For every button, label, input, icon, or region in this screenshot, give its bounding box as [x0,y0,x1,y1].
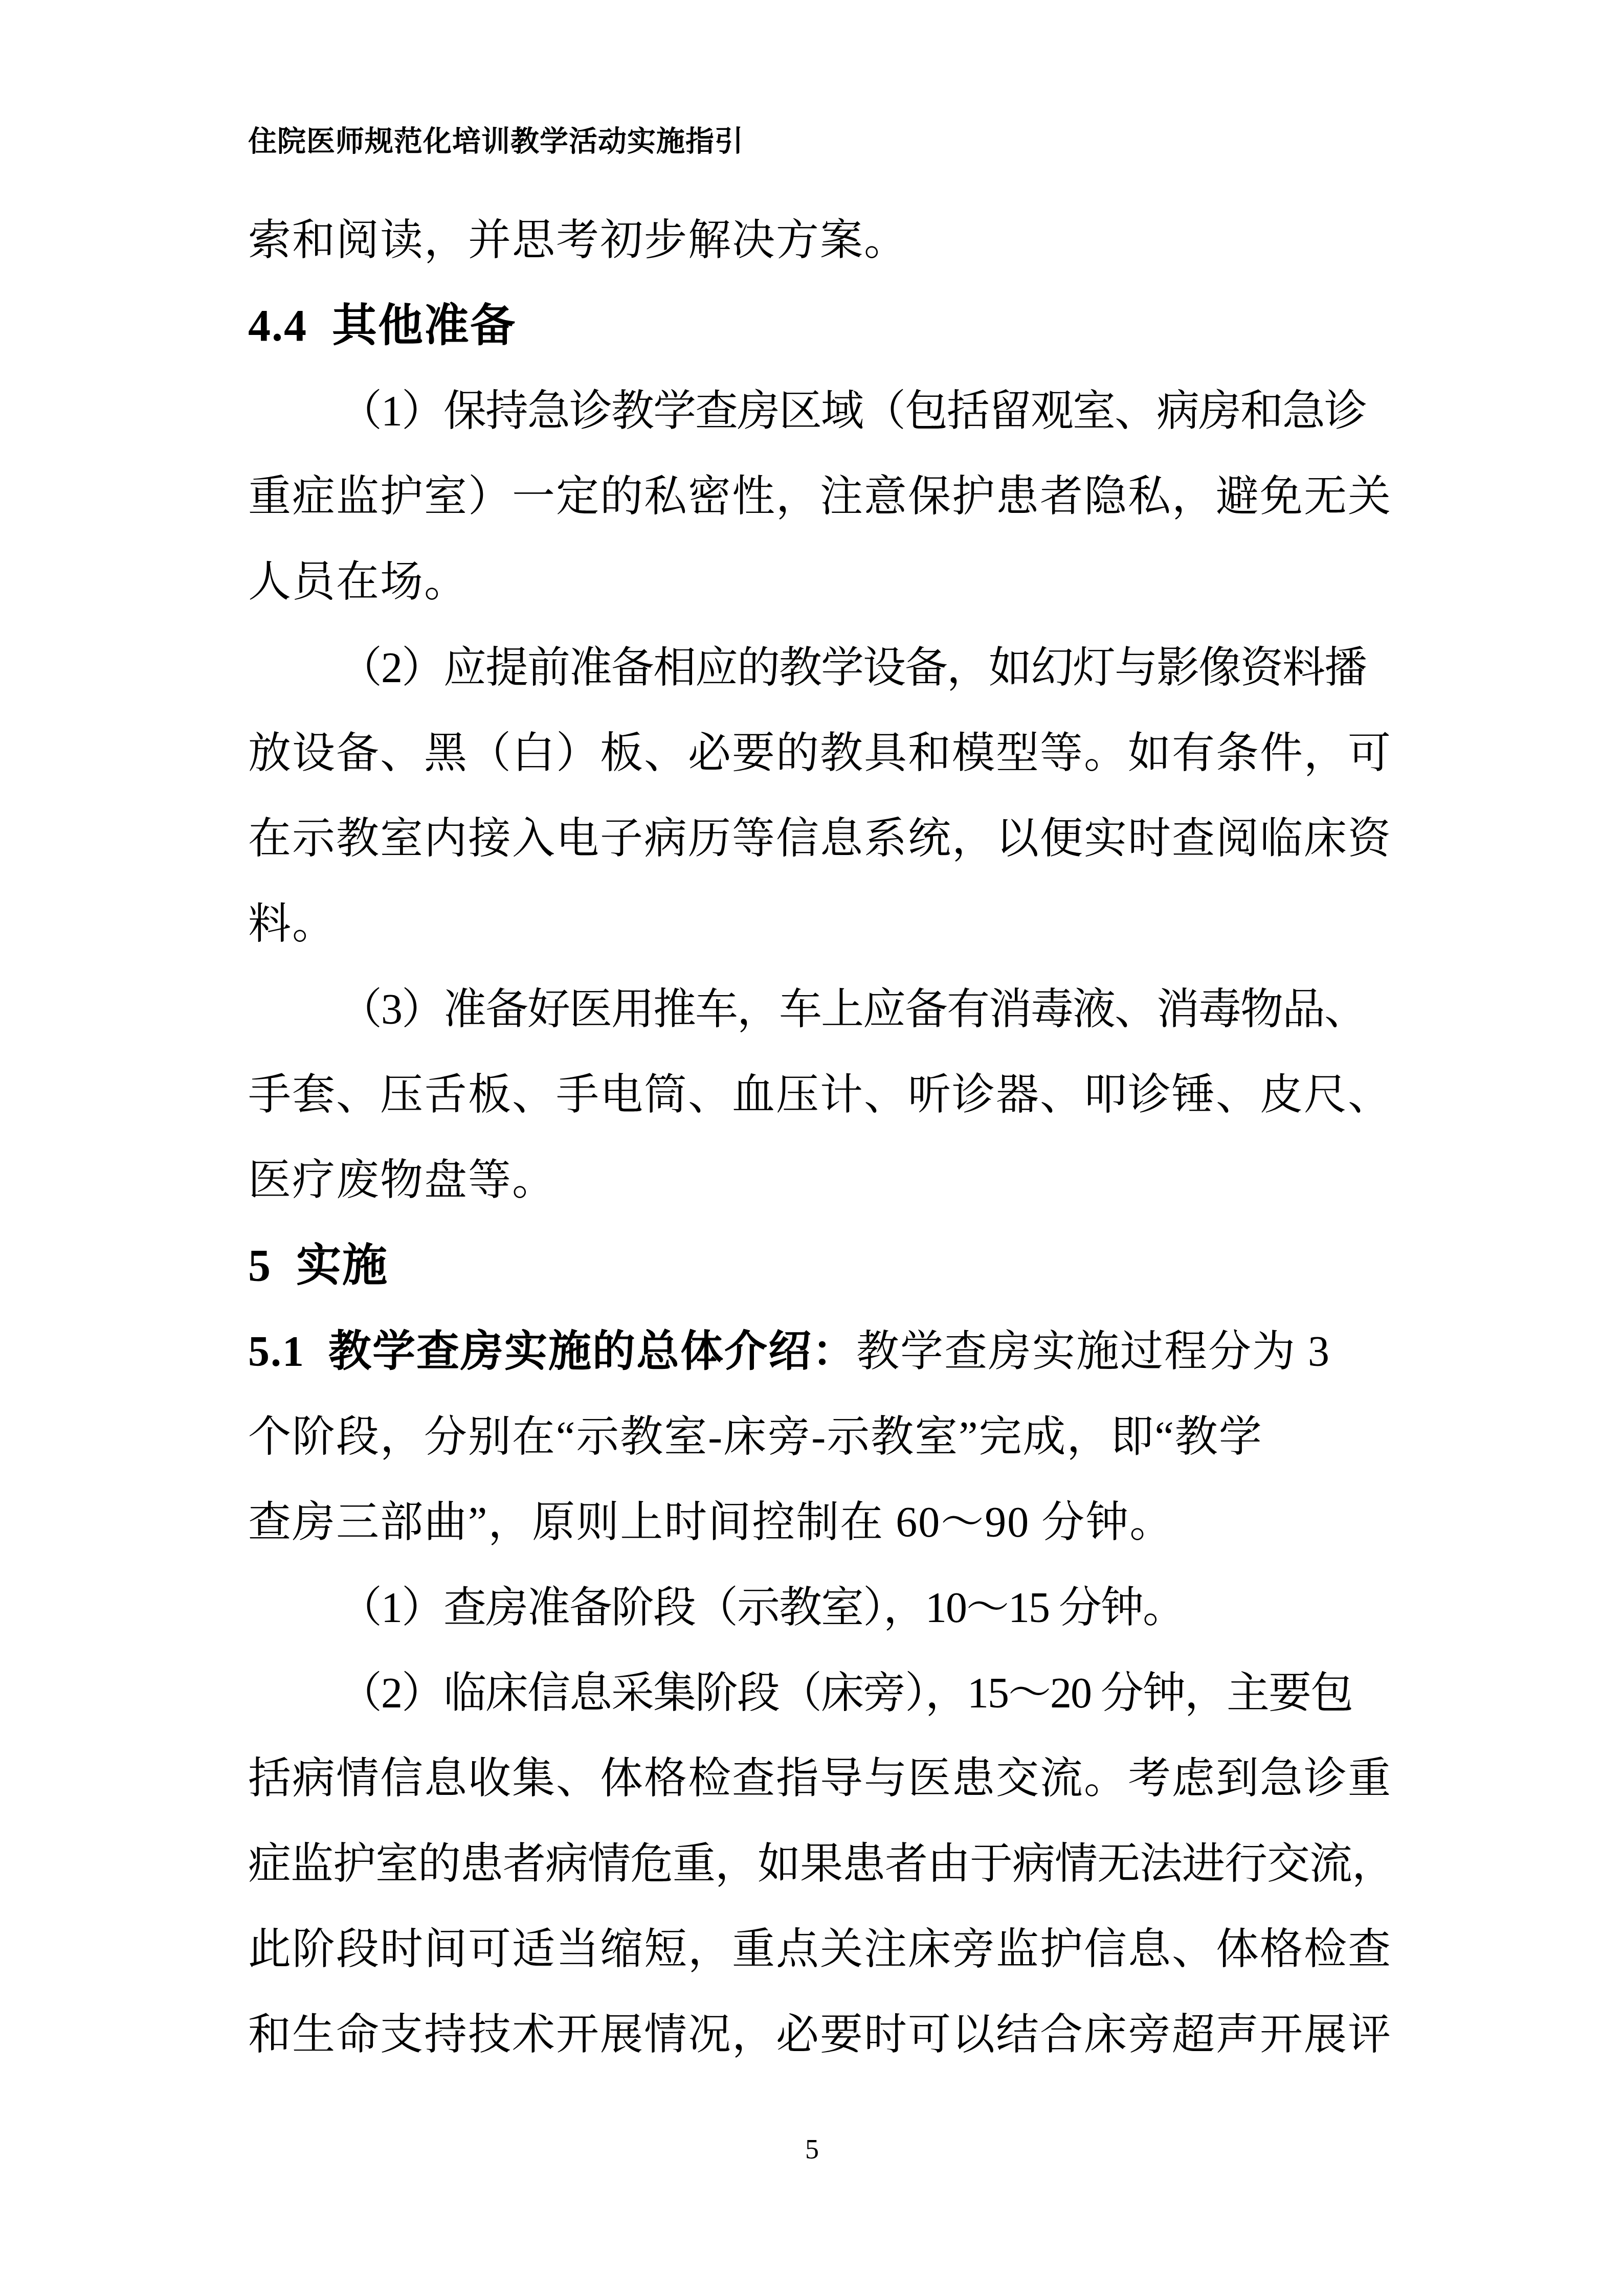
section-heading-4-4: 4.4 其他准备 [248,302,516,351]
page-number: 5 [0,2133,1624,2165]
page-header: 住院医师规范化培训教学活动实施指引 [248,119,744,160]
paragraph-line: （2）临床信息采集阶段（床旁），15～20 分钟，主要包 [339,1670,1352,1717]
paragraph-line: 料。 [248,901,336,948]
paragraph-line: 症监护室的患者病情危重，如果患者由于病情无法进行交流， [248,1841,1394,1888]
paragraph-line: 人员在场。 [248,559,468,606]
section-heading-5: 5 实施 [248,1242,388,1291]
paragraph-line: （1）查房准备阶段（示教室），10～15 分钟。 [339,1585,1185,1632]
text-line: 索和阅读，并思考初步解决方案。 [248,217,908,264]
paragraph-line: 查房三部曲”，原则上时间控制在 60～90 分钟。 [248,1499,1173,1546]
paragraph-line: 和生命支持技术开展情况，必要时可以结合床旁超声开展评 [248,2012,1392,2059]
paragraph-line: 医疗废物盘等。 [248,1157,556,1204]
regular-run: 教学查房实施过程分为 3 [856,1328,1330,1376]
bold-run: 5.1 教学查房实施的总体介绍： [248,1328,856,1376]
paragraph-line: 手套、压舌板、手电筒、血压计、听诊器、叩诊锤、皮尺、 [248,1072,1392,1119]
paragraph-line: 5.1 教学查房实施的总体介绍：教学查房实施过程分为 3 [248,1329,1330,1376]
paragraph-line: （3）准备好医用推车，车上应备有消毒液、消毒物品、 [339,986,1366,1033]
paragraph-line: 在示教室内接入电子病历等信息系统，以便实时查阅临床资 [248,816,1392,863]
paragraph-line: 括病情信息收集、体格检查指导与医患交流。考虑到急诊重 [248,1755,1392,1803]
paragraph-line: 个阶段，分别在“示教室-床旁-示教室”完成，即“教学 [248,1414,1263,1461]
paragraph-line: （2）应提前准备相应的教学设备，如幻灯与影像资料播 [339,645,1366,692]
paragraph-line: 此阶段时间可适当缩短，重点关注床旁监护信息、体格检查 [248,1926,1392,1973]
document-page: 住院医师规范化培训教学活动实施指引 索和阅读，并思考初步解决方案。 4.4 其他… [0,0,1624,2296]
paragraph-line: 放设备、黑（白）板、必要的教具和模型等。如有条件，可 [248,730,1392,777]
paragraph-line: （1）保持急诊教学查房区域（包括留观室、病房和急诊 [339,388,1366,435]
paragraph-line: 重症监护室）一定的私密性，注意保护患者隐私，避免无关 [248,474,1392,521]
